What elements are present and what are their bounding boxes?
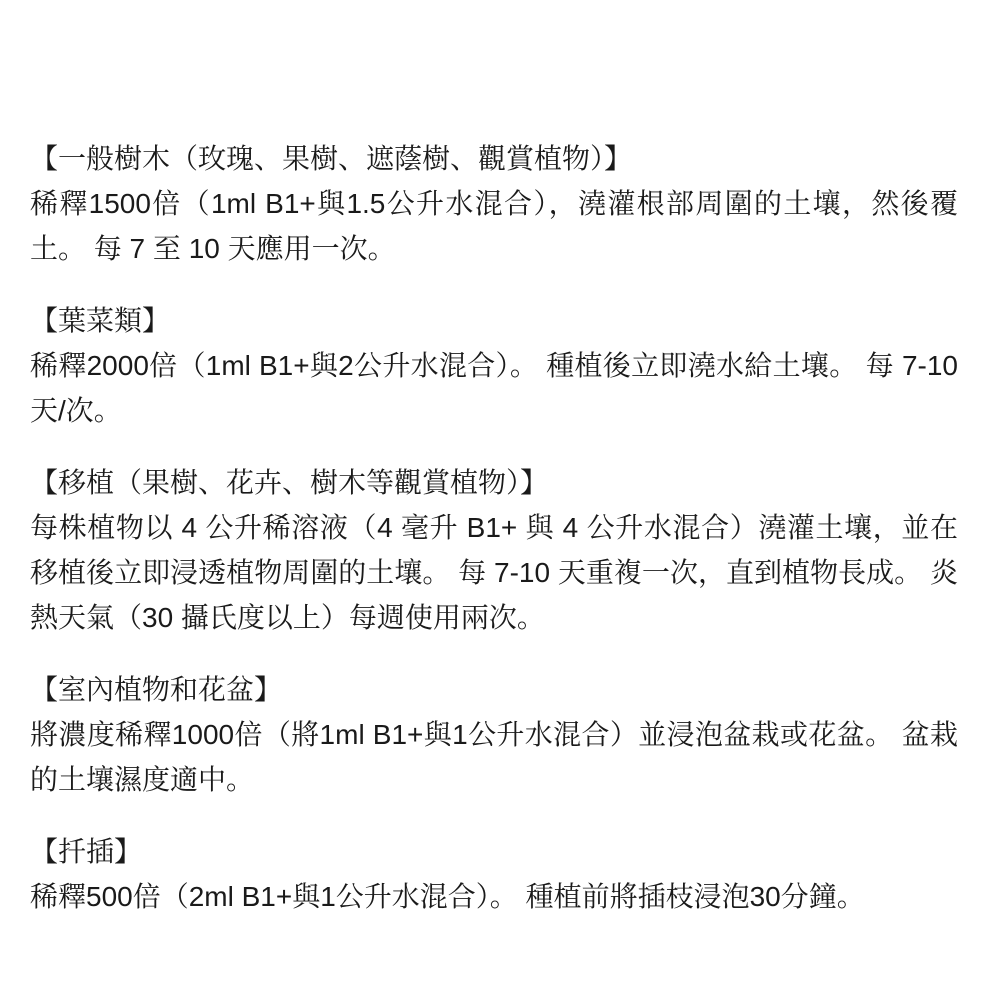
section-body: 稀釋1500倍（1ml B1+與1.5公升水混合），澆灌根部周圍的土壤，然後覆土… bbox=[30, 181, 958, 271]
section-general-trees: 【一般樹木（玫瑰、果樹、遮蔭樹、觀賞植物）】 稀釋1500倍（1ml B1+與1… bbox=[30, 136, 958, 271]
section-heading: 【一般樹木（玫瑰、果樹、遮蔭樹、觀賞植物）】 bbox=[30, 136, 958, 181]
section-body: 稀釋500倍（2ml B1+與1公升水混合）。 種植前將插枝浸泡30分鐘。 bbox=[30, 874, 958, 919]
section-heading: 【移植（果樹、花卉、樹木等觀賞植物）】 bbox=[30, 460, 958, 505]
section-cuttings: 【扦插】 稀釋500倍（2ml B1+與1公升水混合）。 種植前將插枝浸泡30分… bbox=[30, 829, 958, 919]
section-heading: 【扦插】 bbox=[30, 829, 958, 874]
section-heading: 【葉菜類】 bbox=[30, 298, 958, 343]
section-body: 每株植物以 4 公升稀溶液（4 毫升 B1+ 與 4 公升水混合）澆灌土壤，並在… bbox=[30, 505, 958, 640]
section-heading: 【室內植物和花盆】 bbox=[30, 667, 958, 712]
instructions-document: 【一般樹木（玫瑰、果樹、遮蔭樹、觀賞植物）】 稀釋1500倍（1ml B1+與1… bbox=[0, 0, 1000, 919]
section-indoor-plants: 【室內植物和花盆】 將濃度稀釋1000倍（將1ml B1+與1公升水混合）並浸泡… bbox=[30, 667, 958, 802]
section-body: 稀釋2000倍（1ml B1+與2公升水混合）。 種植後立即澆水給土壤。 每 7… bbox=[30, 343, 958, 433]
section-transplanting: 【移植（果樹、花卉、樹木等觀賞植物）】 每株植物以 4 公升稀溶液（4 毫升 B… bbox=[30, 460, 958, 640]
section-body: 將濃度稀釋1000倍（將1ml B1+與1公升水混合）並浸泡盆栽或花盆。 盆栽的… bbox=[30, 712, 958, 802]
section-leafy-vegetables: 【葉菜類】 稀釋2000倍（1ml B1+與2公升水混合）。 種植後立即澆水給土… bbox=[30, 298, 958, 433]
